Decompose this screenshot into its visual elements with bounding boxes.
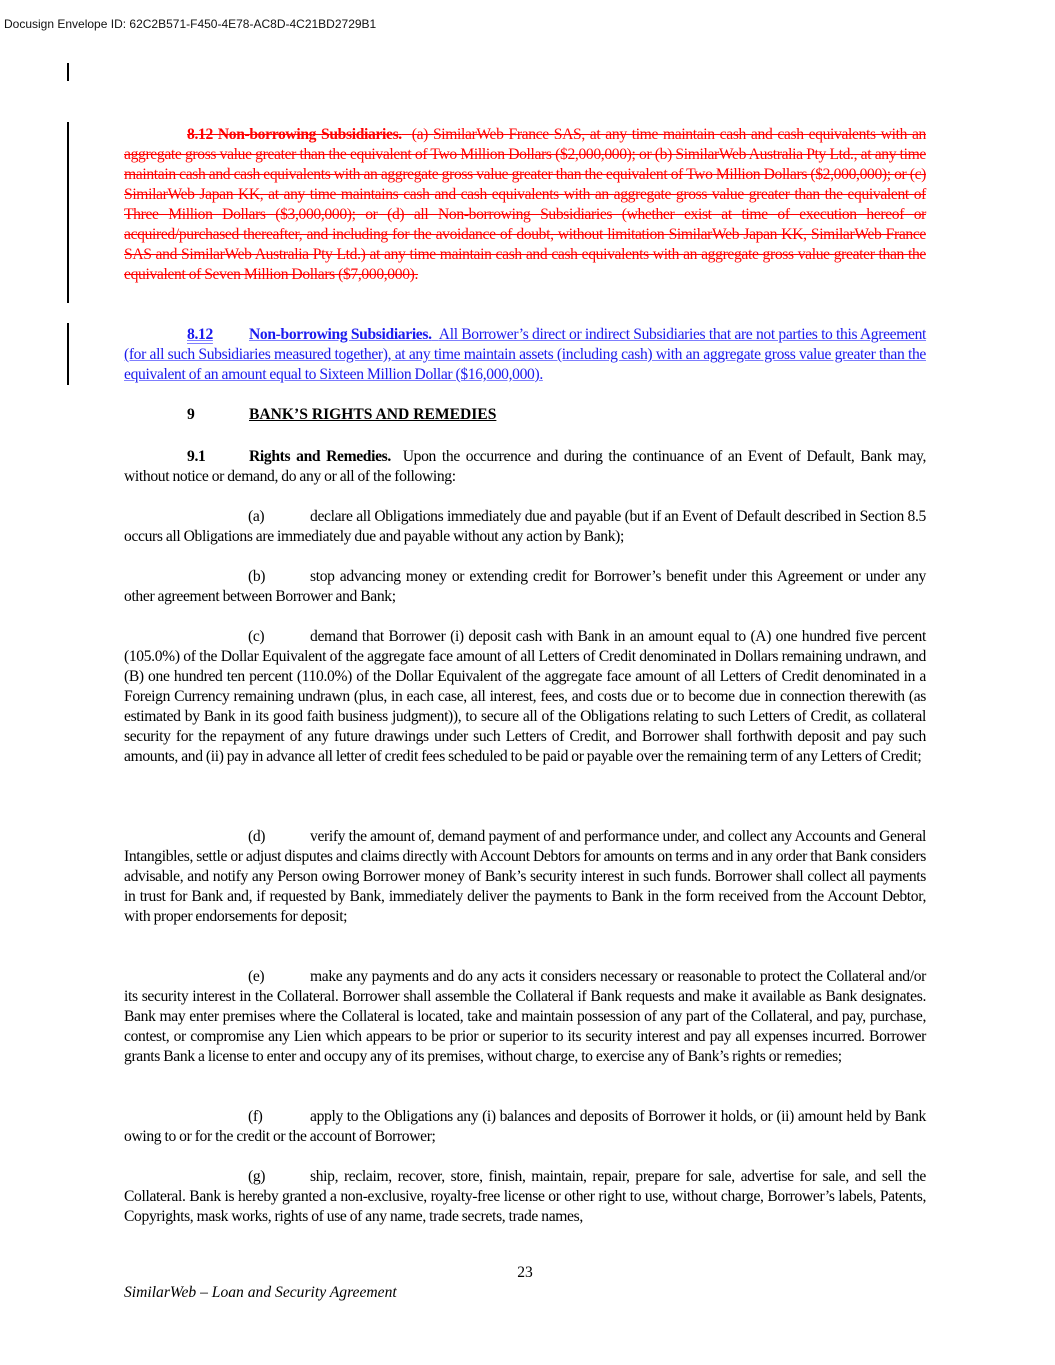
clause-text: demand that Borrower (i) deposit cash wi… xyxy=(124,628,926,765)
section-9-heading: 9BANK’S RIGHTS AND REMEDIES xyxy=(124,405,926,425)
section-9-1: 9.1Rights and Remedies. Upon the occurre… xyxy=(124,447,926,487)
change-bar-deleted xyxy=(67,122,69,303)
envelope-id: Docusign Envelope ID: 62C2B571-F450-4E78… xyxy=(4,17,376,31)
clause-label: (f) xyxy=(248,1107,310,1127)
clause-label: (d) xyxy=(248,827,310,847)
clause-text: verify the amount of, demand payment of … xyxy=(124,828,926,925)
clause-text: apply to the Obligations any (i) balance… xyxy=(124,1108,926,1145)
clause-label: (c) xyxy=(248,627,310,647)
clause-text: make any payments and do any acts it con… xyxy=(124,968,926,1065)
clause-c: (c)demand that Borrower (i) deposit cash… xyxy=(124,627,926,767)
change-bar-inserted xyxy=(67,323,69,385)
clause-b: (b)stop advancing money or extending cre… xyxy=(124,567,926,607)
inserted-section-8-12: 8.12Non-borrowing Subsidiaries. All Borr… xyxy=(124,325,926,385)
inserted-section-title: Non-borrowing Subsidiaries. xyxy=(249,326,432,343)
clause-label: (b) xyxy=(248,567,310,587)
section-9-number: 9 xyxy=(187,405,249,425)
clause-text: ship, reclaim, recover, store, finish, m… xyxy=(124,1168,926,1225)
clause-text: declare all Obligations immediately due … xyxy=(124,508,926,545)
inserted-section-number: 8.12 xyxy=(187,325,249,345)
page-number: 23 xyxy=(124,1264,926,1282)
deleted-section-body: (a) SimilarWeb France SAS, at any time m… xyxy=(124,126,926,283)
clause-label: (g) xyxy=(248,1167,310,1187)
section-9-1-number: 9.1 xyxy=(187,447,249,467)
deleted-section-8-12: 8.12 Non-borrowing Subsidiaries. (a) Sim… xyxy=(124,125,926,285)
clause-e: (e)make any payments and do any acts it … xyxy=(124,967,926,1067)
clause-label: (e) xyxy=(248,967,310,987)
clause-f: (f)apply to the Obligations any (i) bala… xyxy=(124,1107,926,1147)
clause-a: (a)declare all Obligations immediately d… xyxy=(124,507,926,547)
clause-d: (d)verify the amount of, demand payment … xyxy=(124,827,926,927)
section-9-title: BANK’S RIGHTS AND REMEDIES xyxy=(249,406,496,423)
clause-g: (g)ship, reclaim, recover, store, finish… xyxy=(124,1167,926,1227)
clause-label: (a) xyxy=(248,507,310,527)
section-9-1-title: Rights and Remedies. xyxy=(249,448,391,465)
change-bar-top xyxy=(67,63,69,81)
clause-text: stop advancing money or extending credit… xyxy=(124,568,926,605)
deleted-section-heading: 8.12 Non-borrowing Subsidiaries. xyxy=(187,126,402,143)
document-footer: SimilarWeb – Loan and Security Agreement xyxy=(124,1284,397,1302)
